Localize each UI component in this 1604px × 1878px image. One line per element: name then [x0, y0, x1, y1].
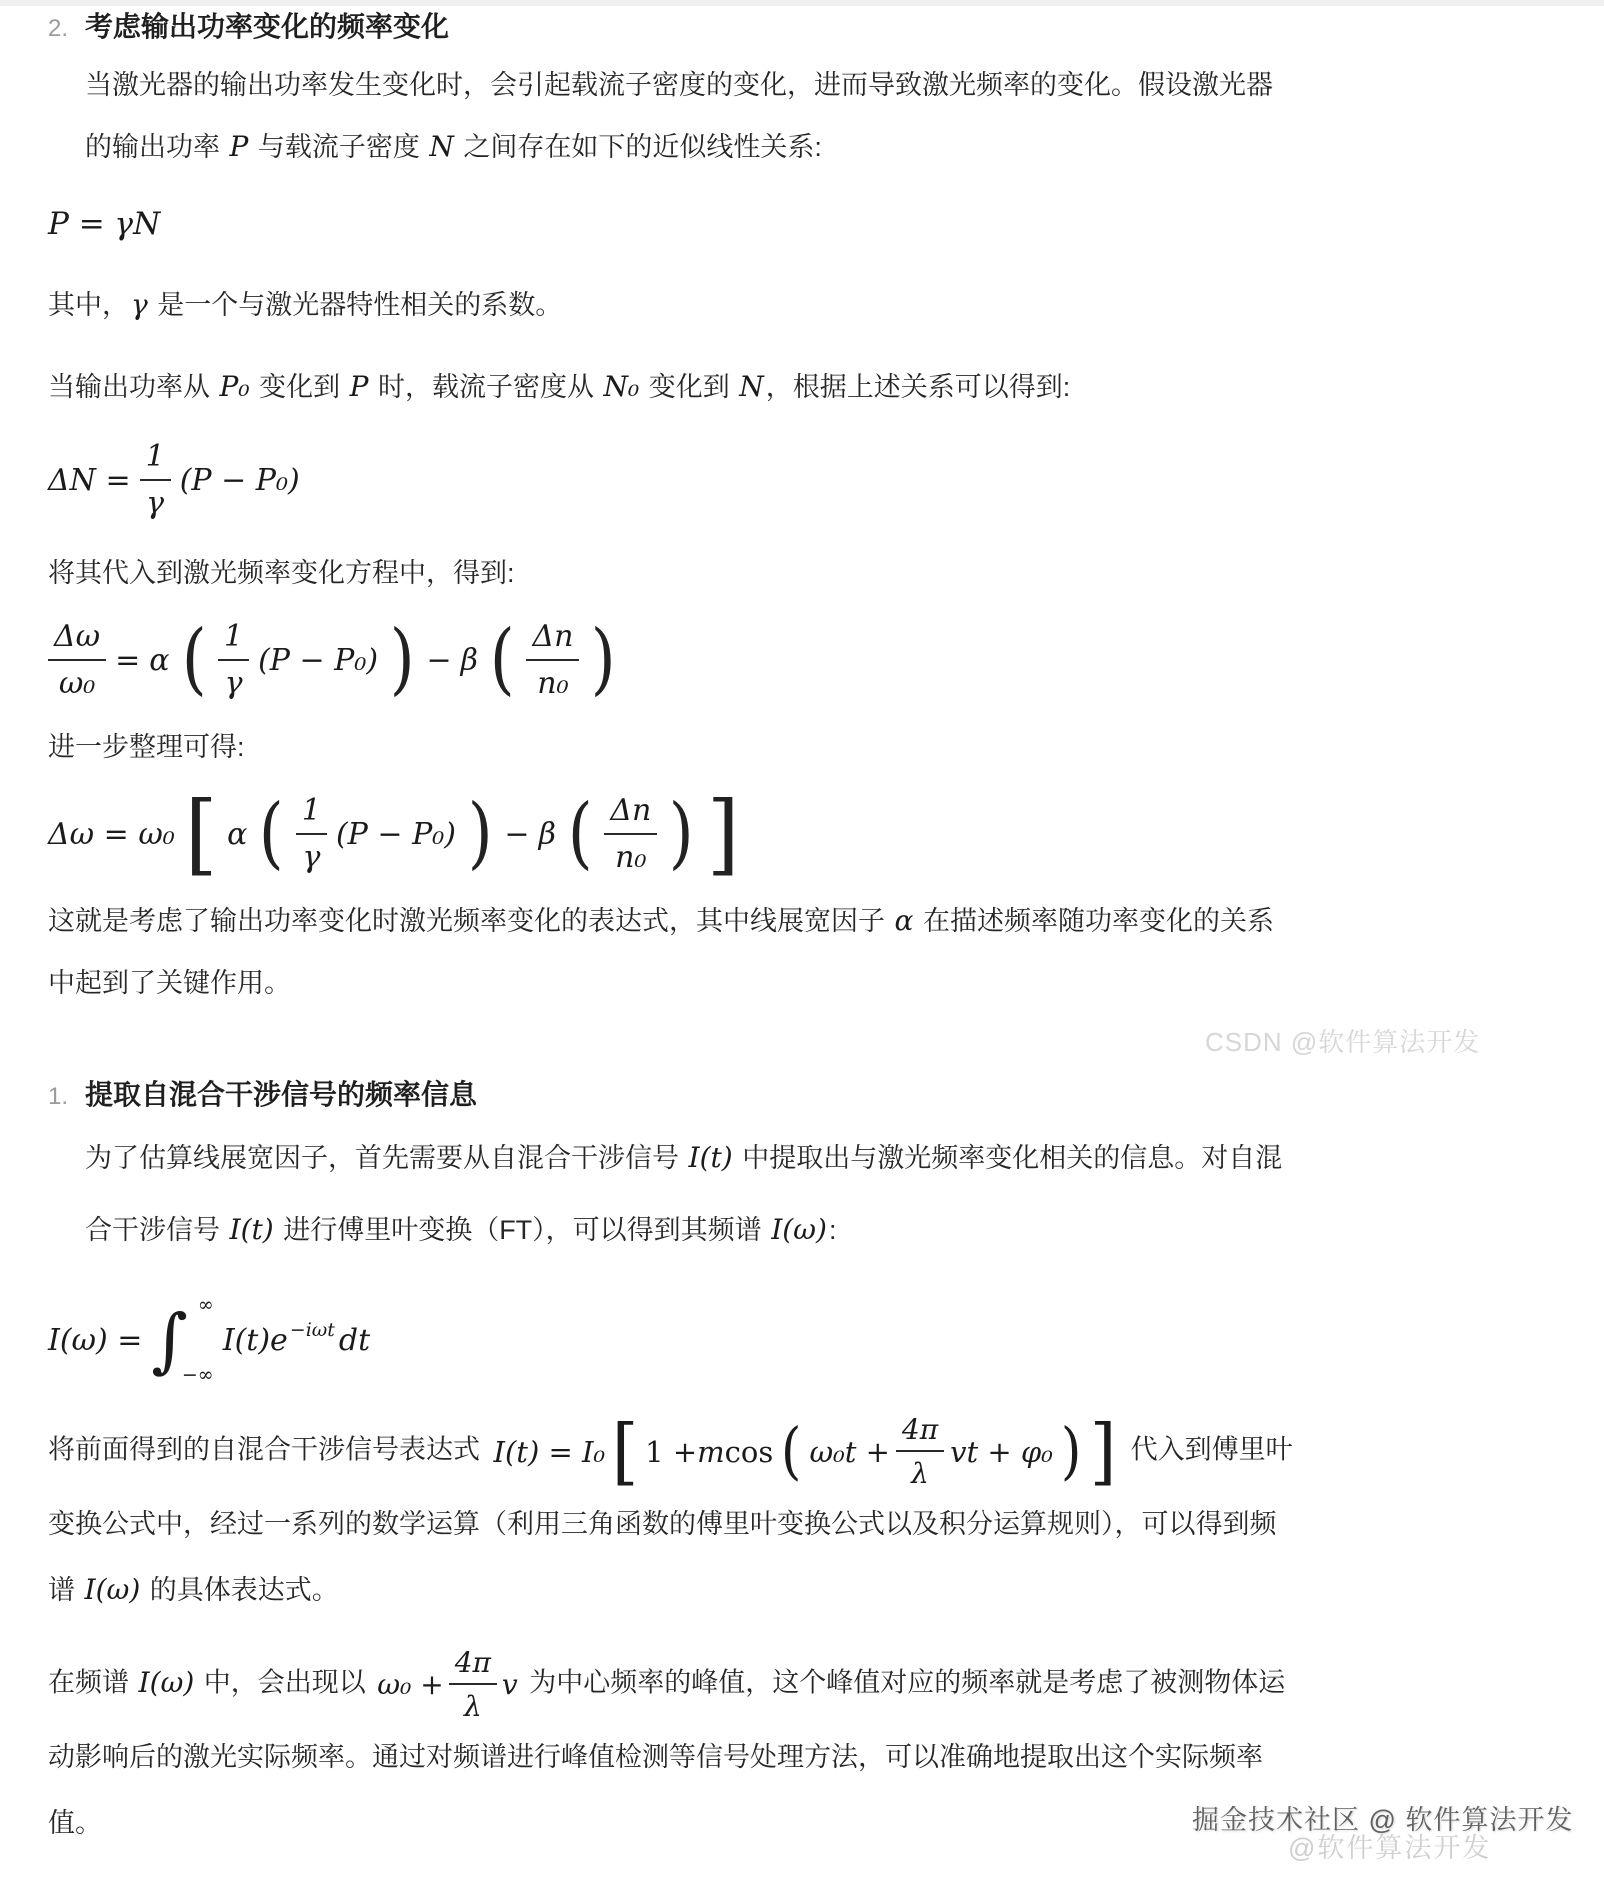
- formula-relative-frequency-shift: Δωω₀ = α ( 1γ (P − P₀) ) − β ( Δnn₀ ): [48, 618, 1298, 702]
- formula-delta-omega: Δω = ω₀ [ α ( 1γ (P − P₀) ) − β ( Δnn₀ )…: [48, 792, 1298, 876]
- list-number: 2.: [48, 10, 85, 46]
- big-paren-close: ): [468, 802, 493, 866]
- big-paren-close: ): [390, 628, 415, 692]
- math-var-P0: P₀: [218, 370, 252, 403]
- paragraph: 当激光器的输出功率发生变化时，会引起载流子密度的变化，进而导致激光频率的变化。假…: [85, 54, 1298, 178]
- fraction: Δωω₀: [48, 618, 106, 702]
- math-var-beta: β: [539, 817, 556, 852]
- document-page: { "watermarks": { "csdn": "CSDN @软件算法开发"…: [0, 0, 1604, 1878]
- math-var-It: I(t): [228, 1213, 276, 1246]
- section-heading-frequency-extraction: 提取自混合干涉信号的频率信息: [85, 1078, 1298, 1112]
- integral-limits: ∞−∞: [190, 1294, 214, 1386]
- math-var-N0: N₀: [601, 370, 641, 403]
- paragraph: 将其代入到激光频率变化方程中，得到:: [48, 542, 1298, 604]
- formula-p-gamma-n: P = γN: [48, 206, 1298, 242]
- math-var-gamma: γ: [129, 288, 150, 321]
- paragraph: 为了估算线展宽因子，首先需要从自混合干涉信号 I(t) 中提取出与激光频率变化相…: [85, 1122, 1298, 1266]
- paragraph: 将前面得到的自混合干涉信号表达式 I(t) = I₀[1 + m cos(ω₀t…: [48, 1412, 1298, 1623]
- big-paren-open: (: [490, 628, 515, 692]
- math-var-alpha: α: [893, 904, 916, 937]
- paragraph: 其中，γ 是一个与激光器特性相关的系数。: [48, 274, 1298, 336]
- math-var-N: N: [427, 130, 456, 163]
- list-item-body: 提取自混合干涉信号的频率信息 为了估算线展宽因子，首先需要从自混合干涉信号 I(…: [85, 1078, 1298, 1266]
- big-bracket-open: [: [185, 800, 218, 869]
- paragraph: 在频谱 I(ω) 中，会出现以 ω₀ +4πλv 为中心频率的峰值，这个峰值对应…: [48, 1645, 1298, 1856]
- math-var-alpha: α: [227, 817, 247, 852]
- math-var-P: P: [348, 370, 371, 403]
- watermark-csdn: CSDN @软件算法开发: [1205, 1022, 1480, 1059]
- big-bracket-close: ]: [707, 800, 740, 869]
- math-var-It: I(t): [687, 1141, 735, 1174]
- list-item-1: 1. 提取自混合干涉信号的频率信息 为了估算线展宽因子，首先需要从自混合干涉信号…: [48, 1078, 1298, 1266]
- fraction: Δnn₀: [604, 792, 657, 876]
- math-var-beta: β: [461, 643, 478, 678]
- big-paren-open: (: [259, 802, 284, 866]
- math-var-Iomega: I(ω): [769, 1213, 829, 1246]
- fraction: 1γ: [140, 438, 171, 522]
- fraction: Δnn₀: [526, 618, 579, 702]
- list-item-body: 考虑输出功率变化的频率变化 当激光器的输出功率发生变化时，会引起载流子密度的变化…: [85, 10, 1298, 178]
- inline-formula-peak-frequency: ω₀ +4πλv: [377, 1645, 517, 1724]
- big-paren-open: (: [181, 628, 206, 692]
- inline-formula-interference-signal: I(t) = I₀[1 + m cos(ω₀t +4πλvt + φ₀)]: [494, 1412, 1118, 1491]
- paragraph: 进一步整理可得:: [48, 716, 1298, 778]
- big-bracket-open: [: [612, 1423, 639, 1481]
- big-paren-close: ): [591, 628, 616, 692]
- list-number: 1.: [48, 1078, 85, 1114]
- list-item-2: 2. 考虑输出功率变化的频率变化 当激光器的输出功率发生变化时，会引起载流子密度…: [48, 10, 1298, 178]
- integrand: I(t)e−iωtdt: [223, 1323, 370, 1358]
- big-paren-open: (: [781, 1425, 802, 1478]
- watermark-juejin-dark: 掘金技术社区 @ 软件算法开发: [1192, 1798, 1573, 1837]
- big-paren-open: (: [568, 802, 593, 866]
- fraction: 1γ: [218, 618, 249, 702]
- math-var-Iomega: I(ω): [137, 1666, 197, 1699]
- math-var-P: P: [228, 130, 251, 163]
- exponent: −iωt: [290, 1319, 335, 1341]
- formula-delta-n: ΔN = 1γ (P − P₀): [48, 438, 1298, 522]
- cos-operator: cos: [725, 1419, 774, 1485]
- big-bracket-close: ]: [1090, 1423, 1117, 1481]
- math-var-Iomega: I(ω): [83, 1573, 143, 1606]
- fraction: 4πλ: [896, 1412, 944, 1491]
- fraction: 1γ: [296, 792, 327, 876]
- big-paren-close: ): [669, 802, 694, 866]
- top-edge-artifact: [0, 0, 1604, 6]
- formula-fourier-transform: I(ω) = ∫ ∞−∞ I(t)e−iωtdt: [48, 1294, 1298, 1386]
- section-heading-power-frequency: 考虑输出功率变化的频率变化: [85, 10, 1298, 44]
- math-var-alpha: α: [149, 643, 169, 678]
- integral-sign: ∫ ∞−∞: [151, 1294, 213, 1386]
- article-content: 2. 考虑输出功率变化的频率变化 当激光器的输出功率发生变化时，会引起载流子密度…: [48, 10, 1298, 1856]
- paragraph: 这就是考虑了输出功率变化时激光频率变化的表达式，其中线展宽因子 α 在描述频率随…: [48, 890, 1298, 1014]
- math-var-m: m: [697, 1419, 725, 1485]
- big-paren-close: ): [1061, 1425, 1082, 1478]
- math-var-v: v: [502, 1652, 518, 1718]
- fraction: 4πλ: [449, 1645, 497, 1724]
- math-var-N: N: [737, 370, 766, 403]
- paragraph: 当输出功率从 P₀ 变化到 P 时，载流子密度从 N₀ 变化到 N，根据上述关系…: [48, 356, 1298, 418]
